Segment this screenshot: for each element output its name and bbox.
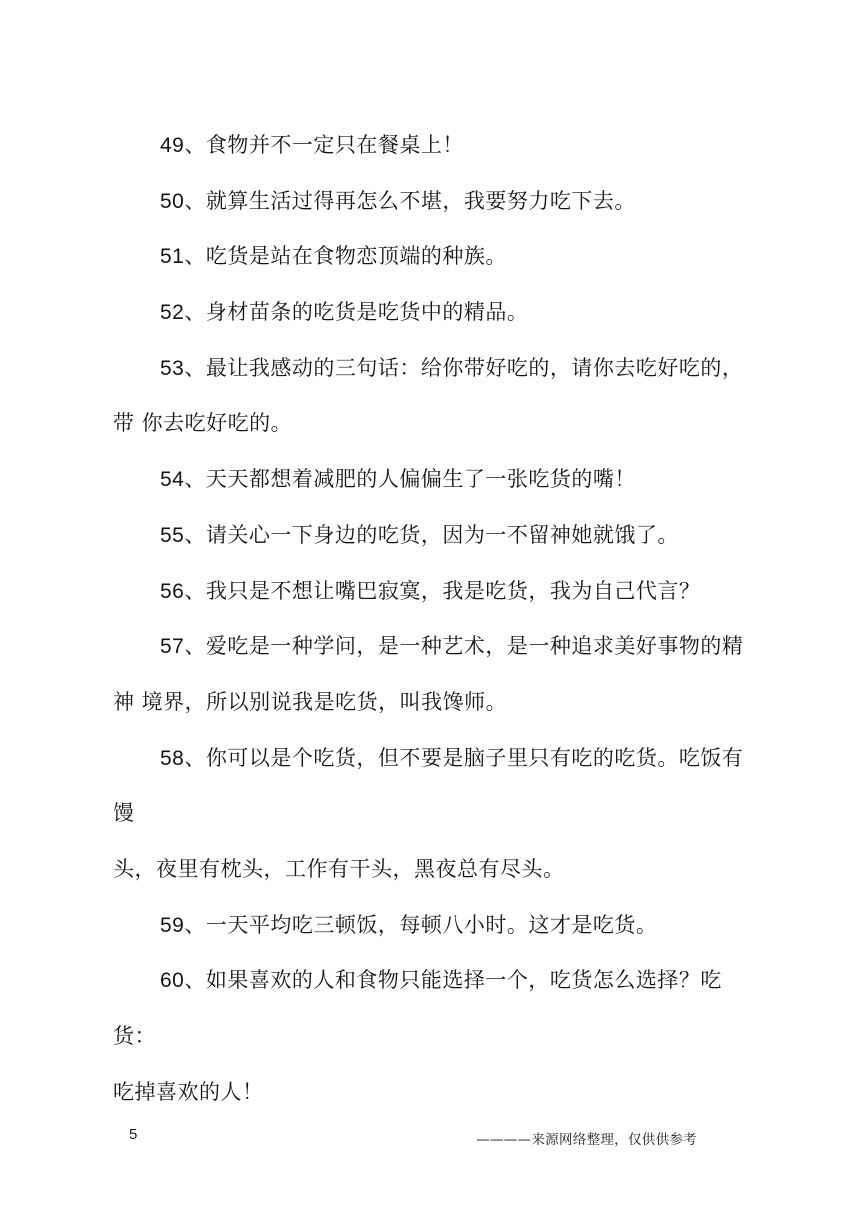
document-page: { "doc": { "lines": [ { "number": "49", …	[0, 0, 860, 1218]
quote-line-55: 55、请关心一下身边的吃货，因为一不留神她就饿了。	[113, 508, 761, 564]
quote-text: 、如果喜欢的人和食物只能选择一个，吃货怎么选择？吃	[184, 968, 722, 992]
quote-number: 53	[160, 357, 184, 380]
quote-text: 神 境界，所以别说我是吃货，叫我馋师。	[113, 690, 507, 714]
quote-number: 58	[160, 747, 184, 770]
quote-line-50: 50、就算生活过得再怎么不堪，我要努力吃下去。	[113, 174, 761, 230]
quote-number: 55	[160, 524, 184, 547]
quote-line-60-continuation-2: 吃掉喜欢的人！	[113, 1065, 761, 1121]
quote-text: 、请关心一下身边的吃货，因为一不留神她就饿了。	[184, 523, 679, 547]
quote-text: 馒	[113, 801, 135, 825]
quote-line-59: 59、一天平均吃三顿饭，每顿八小时。这才是吃货。	[113, 898, 761, 954]
quote-number: 57	[160, 635, 184, 658]
page: 49、食物并不一定只在餐桌上！ 50、就算生活过得再怎么不堪，我要努力吃下去。 …	[0, 0, 860, 1218]
quote-line-53: 53、最让我感动的三句话：给你带好吃的，请你去吃好吃的，	[113, 341, 761, 397]
quote-text: 、天天都想着减肥的人偏偏生了一张吃货的嘴！	[184, 467, 636, 491]
quote-line-57: 57、爱吃是一种学问，是一种艺术，是一种追求美好事物的精	[113, 619, 761, 675]
quote-line-60: 60、如果喜欢的人和食物只能选择一个，吃货怎么选择？吃	[113, 953, 761, 1009]
quote-number: 56	[160, 580, 184, 603]
quote-text: 货：	[113, 1024, 156, 1048]
quote-text: 、我只是不想让嘴巴寂寞，我是吃货，我为自己代言？	[184, 579, 700, 603]
quote-number: 59	[160, 914, 184, 937]
quote-line-54: 54、天天都想着减肥的人偏偏生了一张吃货的嘴！	[113, 452, 761, 508]
quote-number: 49	[160, 134, 184, 157]
quote-text: 吃掉喜欢的人！	[113, 1080, 264, 1104]
quote-line-58-continuation-1: 馒	[113, 786, 761, 842]
quote-number: 52	[160, 301, 184, 324]
quote-number: 54	[160, 468, 184, 491]
quote-text: 、你可以是个吃货，但不要是脑子里只有吃的吃货。吃饭有	[184, 746, 743, 770]
quote-number: 50	[160, 190, 184, 213]
quote-text: 头，夜里有枕头，工作有干头，黑夜总有尽头。	[113, 857, 565, 881]
quote-line-53-continuation: 带 你去吃好吃的。	[113, 396, 761, 452]
quote-text: 、身材苗条的吃货是吃货中的精品。	[184, 300, 528, 324]
quote-text: 、就算生活过得再怎么不堪，我要努力吃下去。	[184, 189, 636, 213]
quote-text: 、吃货是站在食物恋顶端的种族。	[184, 244, 507, 268]
quote-line-60-continuation-1: 货：	[113, 1009, 761, 1065]
quote-text: 、爱吃是一种学问，是一种艺术，是一种追求美好事物的精	[184, 634, 743, 658]
quote-text: 带 你去吃好吃的。	[113, 411, 292, 435]
quote-text: 、一天平均吃三顿饭，每顿八小时。这才是吃货。	[184, 913, 657, 937]
quote-line-51: 51、吃货是站在食物恋顶端的种族。	[113, 229, 761, 285]
quote-line-56: 56、我只是不想让嘴巴寂寞，我是吃货，我为自己代言？	[113, 564, 761, 620]
quote-number: 60	[160, 969, 184, 992]
quote-line-58: 58、你可以是个吃货，但不要是脑子里只有吃的吃货。吃饭有	[113, 731, 761, 787]
document-body: 49、食物并不一定只在餐桌上！ 50、就算生活过得再怎么不堪，我要努力吃下去。 …	[113, 118, 761, 1120]
quote-line-58-continuation-2: 头，夜里有枕头，工作有干头，黑夜总有尽头。	[113, 842, 761, 898]
quote-text: 、最让我感动的三句话：给你带好吃的，请你去吃好吃的，	[184, 356, 743, 380]
source-note: ————来源网络整理，仅供供参考	[476, 1128, 697, 1148]
quote-line-49: 49、食物并不一定只在餐桌上！	[113, 118, 761, 174]
quote-number: 51	[160, 245, 184, 268]
quote-line-52: 52、身材苗条的吃货是吃货中的精品。	[113, 285, 761, 341]
quote-line-57-continuation: 神 境界，所以别说我是吃货，叫我馋师。	[113, 675, 761, 731]
page-number: 5	[129, 1126, 137, 1143]
quote-text: 、食物并不一定只在餐桌上！	[184, 133, 464, 157]
